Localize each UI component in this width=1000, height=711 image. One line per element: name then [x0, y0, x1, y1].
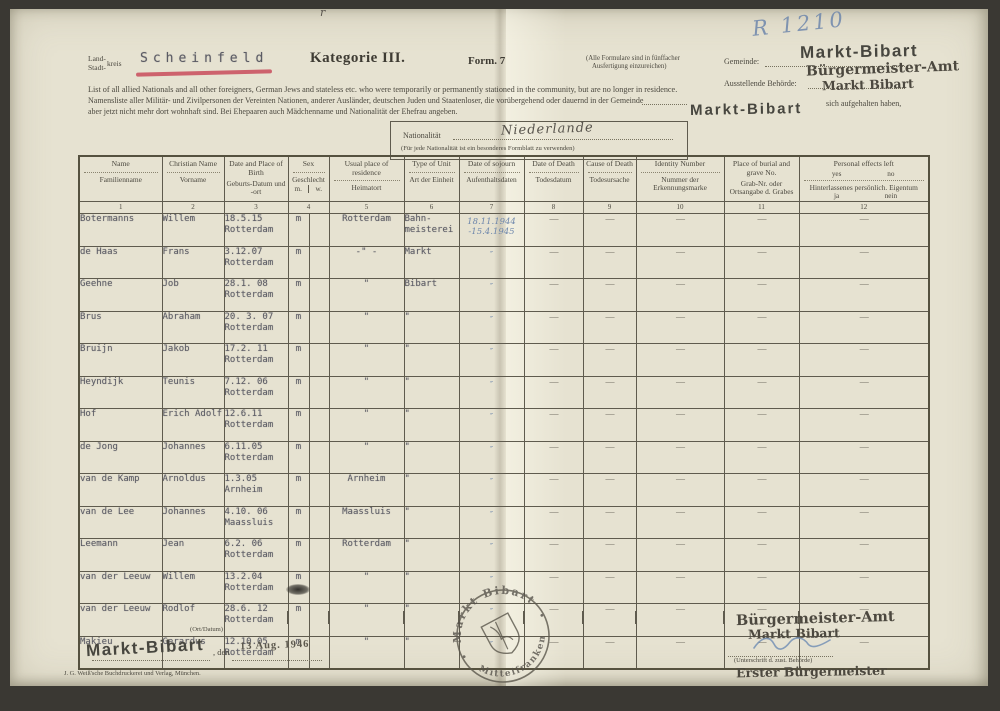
col-death-date: Date of Death Todesdatum	[524, 156, 583, 202]
cell-death-cause: —	[583, 279, 636, 312]
dash: —	[860, 279, 868, 289]
dash: —	[758, 344, 766, 354]
cell-death-date: —	[524, 376, 583, 409]
intro-gemeinde-stamp: Markt-Bibart	[690, 100, 803, 119]
effects-ja-label: ja	[810, 192, 864, 200]
behoerde-stamp-line2: Markt Bibart	[822, 76, 914, 93]
col-death-date-en: Date of Death	[525, 157, 583, 170]
col-effects: Personal effects left yes no Hinterlasse…	[799, 156, 929, 202]
cell-identity: —	[636, 214, 724, 247]
cell-effects: —	[799, 539, 929, 572]
nationality-note: (Für jede Nationalität ist ein besondere…	[401, 145, 575, 152]
dash: —	[860, 377, 868, 387]
cell-death-cause: —	[583, 409, 636, 442]
cell-birth: 1.3.05 Arnheim	[224, 474, 288, 507]
family-name: Hof	[80, 409, 162, 420]
cell-death-cause: —	[583, 506, 636, 539]
col-sex: Sex Geschlecht m. w.	[288, 156, 329, 202]
cell-christian-name: Job	[162, 279, 224, 312]
dash: —	[676, 474, 684, 484]
sojourn-from: ″	[460, 315, 524, 325]
cell-sex-m: m	[288, 474, 309, 507]
cell-birth: 28.1. 08 Rotterdam	[224, 279, 288, 312]
dash: —	[550, 474, 558, 484]
cell-sojourn: ″	[459, 409, 524, 442]
birth-date: 6.11.05	[225, 442, 288, 453]
cell-sex-w	[309, 344, 329, 377]
cell-christian-name: Abraham	[162, 311, 224, 344]
cell-death-cause: —	[583, 636, 636, 669]
cell-effects: —	[799, 311, 929, 344]
dash: —	[550, 344, 558, 354]
cell-sex-w	[309, 214, 329, 247]
cell-identity: —	[636, 474, 724, 507]
col-christian-de: Vorname	[163, 174, 224, 184]
residence-value: "	[330, 312, 404, 323]
cell-effects: —	[799, 214, 929, 247]
cell-family-name: Leemann	[79, 539, 162, 572]
col-christian-en: Christian Name	[163, 157, 224, 170]
sex-value: m	[289, 474, 309, 485]
cell-unit: Bahn- meisterei	[404, 214, 459, 247]
cell-residence: Rotterdam	[329, 214, 404, 247]
cell-identity: —	[636, 506, 724, 539]
cell-burial: —	[724, 376, 799, 409]
sex-subheader: m. w.	[289, 185, 329, 193]
dash: —	[606, 409, 614, 419]
unit-value: "	[405, 442, 459, 453]
cell-birth: 20. 3. 07 Rotterdam	[224, 311, 288, 344]
dot-divider	[293, 171, 325, 173]
dash: —	[860, 539, 868, 549]
christian-name: Rodlof	[163, 604, 224, 615]
cell-christian-name: Frans	[162, 246, 224, 279]
col-identity: Identity Number Nummer der Erkennungsmar…	[636, 156, 724, 202]
dash: —	[860, 507, 868, 517]
column-stub	[635, 611, 636, 624]
cell-family-name: Botermanns	[79, 214, 162, 247]
cell-death-date: —	[524, 409, 583, 442]
dash: —	[550, 442, 558, 452]
table-row: de Jong Johannes 6.11.05 Rotterdam m " "…	[79, 441, 929, 474]
cell-burial: —	[724, 311, 799, 344]
residence-value: "	[330, 279, 404, 290]
cell-sex-m: m	[288, 246, 309, 279]
cell-death-date: —	[524, 539, 583, 572]
cell-burial: —	[724, 506, 799, 539]
cell-sojourn: ″	[459, 474, 524, 507]
family-name: Geehne	[80, 279, 162, 290]
cell-identity: —	[636, 441, 724, 474]
family-name: Botermanns	[80, 214, 162, 225]
cell-burial: —	[724, 279, 799, 312]
christian-name: Jean	[163, 539, 224, 550]
dash: —	[676, 312, 684, 322]
col-unit-en: Type of Unit	[405, 157, 459, 170]
family-name: Leemann	[80, 539, 162, 550]
sex-value: m	[289, 312, 309, 323]
cell-burial: —	[724, 246, 799, 279]
cell-residence: "	[329, 376, 404, 409]
col-sojourn-en: Date of sojourn	[460, 157, 524, 170]
dash: —	[758, 572, 766, 582]
dash: —	[758, 214, 766, 224]
cell-sojourn: ″	[459, 376, 524, 409]
cell-family-name: Geehne	[79, 279, 162, 312]
christian-name: Frans	[163, 247, 224, 258]
dash: —	[860, 312, 868, 322]
cell-identity: —	[636, 246, 724, 279]
unit-value: Bahn- meisterei	[405, 214, 459, 236]
birth-place: Rotterdam	[225, 550, 288, 561]
cell-unit: "	[404, 539, 459, 572]
cell-sex-w	[309, 571, 329, 604]
cell-burial: —	[724, 474, 799, 507]
cell-residence: "	[329, 604, 404, 637]
dash: —	[606, 377, 614, 387]
dash: —	[676, 214, 684, 224]
title-stamp: Erster Bürgermeister	[736, 663, 887, 681]
cell-identity: —	[636, 636, 724, 669]
cell-christian-name: Johannes	[162, 506, 224, 539]
cell-family-name: van der Leeuw	[79, 571, 162, 604]
cell-sojourn: ″	[459, 311, 524, 344]
col-death-date-de: Todesdatum	[525, 174, 583, 184]
cell-christian-name: Johannes	[162, 441, 224, 474]
col-birth-en: Date and Place of Birth	[225, 157, 288, 178]
dash: —	[550, 539, 558, 549]
col-burial-en: Place of burial and grave No.	[725, 157, 799, 178]
cell-effects: —	[799, 344, 929, 377]
family-name: van de Lee	[80, 507, 162, 518]
cell-burial: —	[724, 344, 799, 377]
sex-female-label: w.	[308, 185, 329, 193]
birth-date: 17.2. 11	[225, 344, 288, 355]
cell-identity: —	[636, 311, 724, 344]
cell-family-name: de Haas	[79, 246, 162, 279]
cell-sojourn: ″	[459, 246, 524, 279]
cell-unit: "	[404, 344, 459, 377]
dash: —	[676, 377, 684, 387]
col-burial-de: Grab-Nr. oder Ortsangabe d. Grabes	[725, 178, 799, 196]
col-birth: Date and Place of Birth Geburts-Datum un…	[224, 156, 288, 202]
sojourn-from: ″	[460, 250, 524, 260]
sex-value: m	[289, 377, 309, 388]
dash: —	[550, 507, 558, 517]
table-row: Leemann Jean 6.2. 06 Rotterdam m Rotterd…	[79, 539, 929, 572]
col-num: 4	[288, 202, 329, 214]
cell-sojourn: ″	[459, 441, 524, 474]
cell-unit: "	[404, 506, 459, 539]
sojourn-from: ″	[460, 542, 524, 552]
cell-effects: —	[799, 246, 929, 279]
birth-date: 28.1. 08	[225, 279, 288, 290]
dash: —	[758, 442, 766, 452]
col-num: 7	[459, 202, 524, 214]
cell-unit: "	[404, 474, 459, 507]
table-row: Heyndijk Teunis 7.12. 06 Rotterdam m " "…	[79, 376, 929, 409]
cell-unit: "	[404, 311, 459, 344]
copies-note-line1: (Alle Formulare sind in fünffacher	[586, 55, 680, 63]
birth-date: 12.6.11	[225, 409, 288, 420]
cell-christian-name: Willem	[162, 571, 224, 604]
cell-family-name: Hof	[79, 409, 162, 442]
cell-identity: —	[636, 279, 724, 312]
dot-divider	[167, 171, 220, 173]
unit-value: "	[405, 344, 459, 355]
cell-unit: "	[404, 376, 459, 409]
col-num: 5	[329, 202, 404, 214]
col-num: 1	[79, 202, 162, 214]
column-stub	[403, 611, 404, 624]
dash: —	[606, 279, 614, 289]
column-stub	[328, 611, 329, 624]
dash: —	[676, 279, 684, 289]
kreis-label: kreis	[107, 59, 122, 68]
sojourn-from: 18.11.1944	[460, 217, 524, 227]
birth-place: Rotterdam	[225, 420, 288, 431]
column-stub	[723, 611, 724, 624]
signature-dotline	[728, 648, 833, 657]
cell-christian-name: Erich Adolf	[162, 409, 224, 442]
unit-value: Markt	[405, 247, 459, 258]
sojourn-from: ″	[460, 412, 524, 422]
dot-divider	[529, 171, 579, 173]
dot-divider	[588, 171, 632, 173]
dash: —	[676, 572, 684, 582]
dot-divider	[409, 171, 455, 173]
cell-sex-m: m	[288, 311, 309, 344]
cell-burial: —	[724, 214, 799, 247]
dot-divider	[334, 179, 400, 181]
cell-residence: "	[329, 409, 404, 442]
cell-residence: "	[329, 571, 404, 604]
col-sojourn: Date of sojourn Aufenthaltsdaten	[459, 156, 524, 202]
cell-residence: "	[329, 344, 404, 377]
col-name: Name Familienname	[79, 156, 162, 202]
col-num: 10	[636, 202, 724, 214]
cell-family-name: van der Leeuw	[79, 604, 162, 637]
cell-christian-name: Willem	[162, 214, 224, 247]
birth-place: Rotterdam	[225, 453, 288, 464]
birth-date: 4.10. 06	[225, 507, 288, 518]
col-num: 3	[224, 202, 288, 214]
cell-residence: "	[329, 279, 404, 312]
category-title: Kategorie III.	[310, 50, 405, 67]
birth-place: Rotterdam	[225, 583, 288, 594]
residence-value: "	[330, 637, 404, 648]
table-row: Brus Abraham 20. 3. 07 Rotterdam m " " ″…	[79, 311, 929, 344]
stadt-label: Stadt-	[88, 63, 106, 72]
col-sojourn-de: Aufenthaltsdaten	[460, 174, 524, 184]
effects-yes-label: yes	[810, 170, 864, 178]
col-sex-de: Geschlecht	[289, 174, 329, 184]
dash: —	[860, 474, 868, 484]
cell-death-cause: —	[583, 604, 636, 637]
col-death-cause-de: Todesursache	[584, 174, 636, 184]
cell-unit: Markt	[404, 246, 459, 279]
christian-name: Jakob	[163, 344, 224, 355]
unit-value: "	[405, 539, 459, 550]
printer-note: J. G. Weiß'sche Buchdruckerei und Verlag…	[64, 670, 201, 677]
table-row: Bruijn Jakob 17.2. 11 Rotterdam m " " ″ …	[79, 344, 929, 377]
cell-sex-m: m	[288, 506, 309, 539]
cell-birth: 18.5.15 Rotterdam	[224, 214, 288, 247]
cell-death-date: —	[524, 214, 583, 247]
cell-unit: "	[404, 571, 459, 604]
cell-effects: —	[799, 441, 929, 474]
table-row: Botermanns Willem 18.5.15 Rotterdam m Ro…	[79, 214, 929, 247]
residence-value: "	[330, 604, 404, 615]
intro-line2-end: sich aufgehalten haben,	[826, 99, 901, 108]
cell-death-cause: —	[583, 214, 636, 247]
birth-place: Rotterdam	[225, 290, 288, 301]
dash: —	[860, 572, 868, 582]
cell-family-name: Heyndijk	[79, 376, 162, 409]
cell-family-name: van de Kamp	[79, 474, 162, 507]
cell-effects: —	[799, 376, 929, 409]
dash: —	[860, 409, 868, 419]
col-num: 6	[404, 202, 459, 214]
family-name: van der Leeuw	[80, 572, 162, 583]
cell-sex-m: m	[288, 409, 309, 442]
cell-death-date: —	[524, 441, 583, 474]
cell-death-cause: —	[583, 539, 636, 572]
cell-death-date: —	[524, 506, 583, 539]
table-row: van de Kamp Arnoldus 1.3.05 Arnheim m Ar…	[79, 474, 929, 507]
birth-place: Rotterdam	[225, 225, 288, 236]
sex-value: m	[289, 539, 309, 550]
cell-sex-w	[309, 376, 329, 409]
cell-residence: -" -	[329, 246, 404, 279]
table-row: Hof Erich Adolf 12.6.11 Rotterdam m " " …	[79, 409, 929, 442]
dash: —	[676, 442, 684, 452]
dash: —	[606, 637, 614, 647]
col-christian-name: Christian Name Vorname	[162, 156, 224, 202]
residence-value: Rotterdam	[330, 539, 404, 550]
col-residence-de: Heimatort	[330, 182, 404, 192]
unit-value: "	[405, 312, 459, 323]
col-sex-en: Sex	[289, 157, 329, 170]
col-num: 8	[524, 202, 583, 214]
birth-place: Rotterdam	[225, 355, 288, 366]
residence-value: Arnheim	[330, 474, 404, 485]
residence-value: Rotterdam	[330, 214, 404, 225]
cell-death-cause: —	[583, 474, 636, 507]
birth-place: Rotterdam	[225, 258, 288, 269]
dash: —	[758, 474, 766, 484]
form-number: Form. 7	[468, 55, 505, 67]
dash: —	[860, 247, 868, 257]
signature-note: (Unterschrift d. zust. Behörde)	[734, 657, 812, 664]
dash: —	[606, 539, 614, 549]
table-header: Name Familienname Christian Name Vorname…	[79, 156, 929, 214]
cell-effects: —	[799, 409, 929, 442]
unit-value: "	[405, 377, 459, 388]
cell-sex-m: m	[288, 279, 309, 312]
dash: —	[606, 507, 614, 517]
residence-value: "	[330, 409, 404, 420]
dash: —	[758, 279, 766, 289]
unit-value: "	[405, 507, 459, 518]
intro-line1: List of all allied Nationals and all oth…	[88, 85, 677, 94]
christian-name: Arnoldus	[163, 474, 224, 485]
col-residence-en: Usual place of residence	[330, 157, 404, 178]
district-name: Scheinfeld	[140, 51, 268, 66]
effects-no-label: no	[864, 170, 918, 178]
dash: —	[550, 279, 558, 289]
sojourn-from: ″	[460, 347, 524, 357]
behoerde-label: Ausstellende Behörde:	[724, 79, 797, 88]
cell-christian-name: Jean	[162, 539, 224, 572]
column-numbers-row: 1 2 3 4 5 6 7 8 9 10 11 12	[79, 202, 929, 214]
intro-gemeinde-dotline	[642, 95, 687, 105]
christian-name: Johannes	[163, 507, 224, 518]
cell-identity: —	[636, 604, 724, 637]
dash: —	[550, 572, 558, 582]
cell-christian-name: Arnoldus	[162, 474, 224, 507]
residence-value: Maassluis	[330, 507, 404, 518]
cell-burial: —	[724, 441, 799, 474]
den-label: , den	[213, 647, 230, 657]
family-name: Bruijn	[80, 344, 162, 355]
birth-date: 3.12.07	[225, 247, 288, 258]
cell-unit: "	[404, 409, 459, 442]
col-num: 11	[724, 202, 799, 214]
sojourn-from: ″	[460, 445, 524, 455]
col-effects-de: Hinterlassenes persönlich. Eigentum	[800, 182, 929, 192]
cell-death-date: —	[524, 474, 583, 507]
cell-identity: —	[636, 409, 724, 442]
cell-birth: 13.2.04 Rotterdam	[224, 571, 288, 604]
col-death-cause: Cause of Death Todesursache	[583, 156, 636, 202]
ink-blot	[286, 584, 310, 595]
col-num: 9	[583, 202, 636, 214]
birth-date: 28.6. 12	[225, 604, 288, 615]
dash: —	[676, 507, 684, 517]
effects-nein-label: nein	[864, 192, 918, 200]
sex-value: m	[289, 409, 309, 420]
dash: —	[606, 572, 614, 582]
christian-name: Johannes	[163, 442, 224, 453]
table-row: de Haas Frans 3.12.07 Rotterdam m -" - M…	[79, 246, 929, 279]
dash: —	[758, 312, 766, 322]
sex-value: m	[289, 279, 309, 290]
cell-sex-m: m	[288, 344, 309, 377]
birth-place: Arnheim	[225, 485, 288, 496]
column-stub	[582, 611, 583, 624]
cell-death-cause: —	[583, 441, 636, 474]
cell-death-cause: —	[583, 246, 636, 279]
dash: —	[606, 312, 614, 322]
copies-note-line2: Ausfertigung einzureichen)	[586, 63, 680, 71]
cell-burial: —	[724, 571, 799, 604]
cell-identity: —	[636, 539, 724, 572]
birth-place: Maassluis	[225, 518, 288, 529]
date-dotline	[232, 651, 322, 661]
cell-sex-m: m	[288, 539, 309, 572]
sojourn-from: ″	[460, 282, 524, 292]
cell-birth: 6.2. 06 Rotterdam	[224, 539, 288, 572]
cell-family-name: Bruijn	[79, 344, 162, 377]
sojourn-from: ″	[460, 380, 524, 390]
cell-residence: "	[329, 441, 404, 474]
cell-birth: 4.10. 06 Maassluis	[224, 506, 288, 539]
cell-death-date: —	[524, 344, 583, 377]
birth-place: Rotterdam	[225, 615, 288, 626]
col-residence: Usual place of residence Heimatort	[329, 156, 404, 202]
residence-value: "	[330, 572, 404, 583]
